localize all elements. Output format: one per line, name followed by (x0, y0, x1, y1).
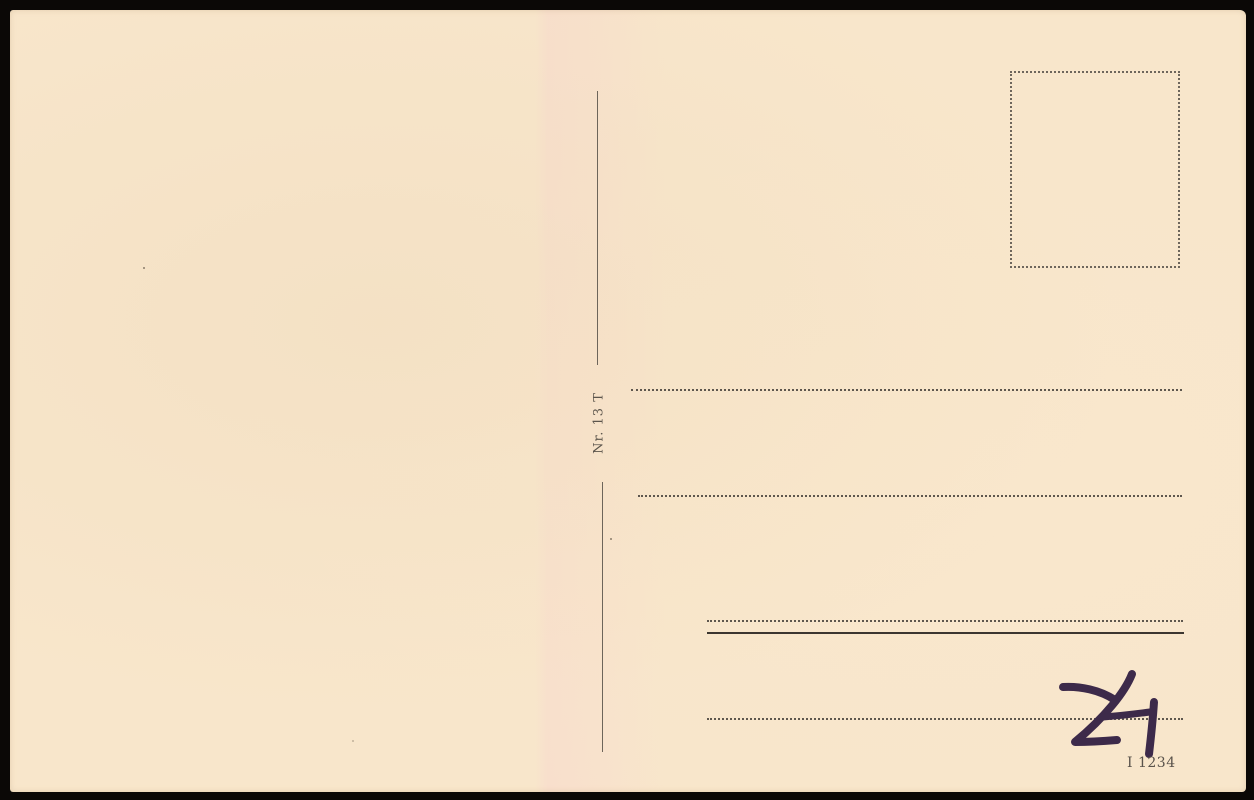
center-divider-bottom (602, 482, 603, 752)
paper-speck (352, 740, 354, 742)
address-line-1 (631, 389, 1182, 391)
handwritten-number-mark: 47 (1055, 662, 1165, 762)
center-divider-top (597, 91, 598, 365)
stamp-placeholder-box (1010, 71, 1180, 268)
catalog-number: I 1234 (1127, 755, 1176, 771)
series-label: Nr. 13 T (592, 392, 607, 454)
paper-speck (610, 538, 612, 540)
paper-speck (143, 267, 145, 269)
address-underline (707, 632, 1184, 634)
address-line-2 (638, 495, 1182, 497)
address-line-3 (707, 620, 1183, 622)
